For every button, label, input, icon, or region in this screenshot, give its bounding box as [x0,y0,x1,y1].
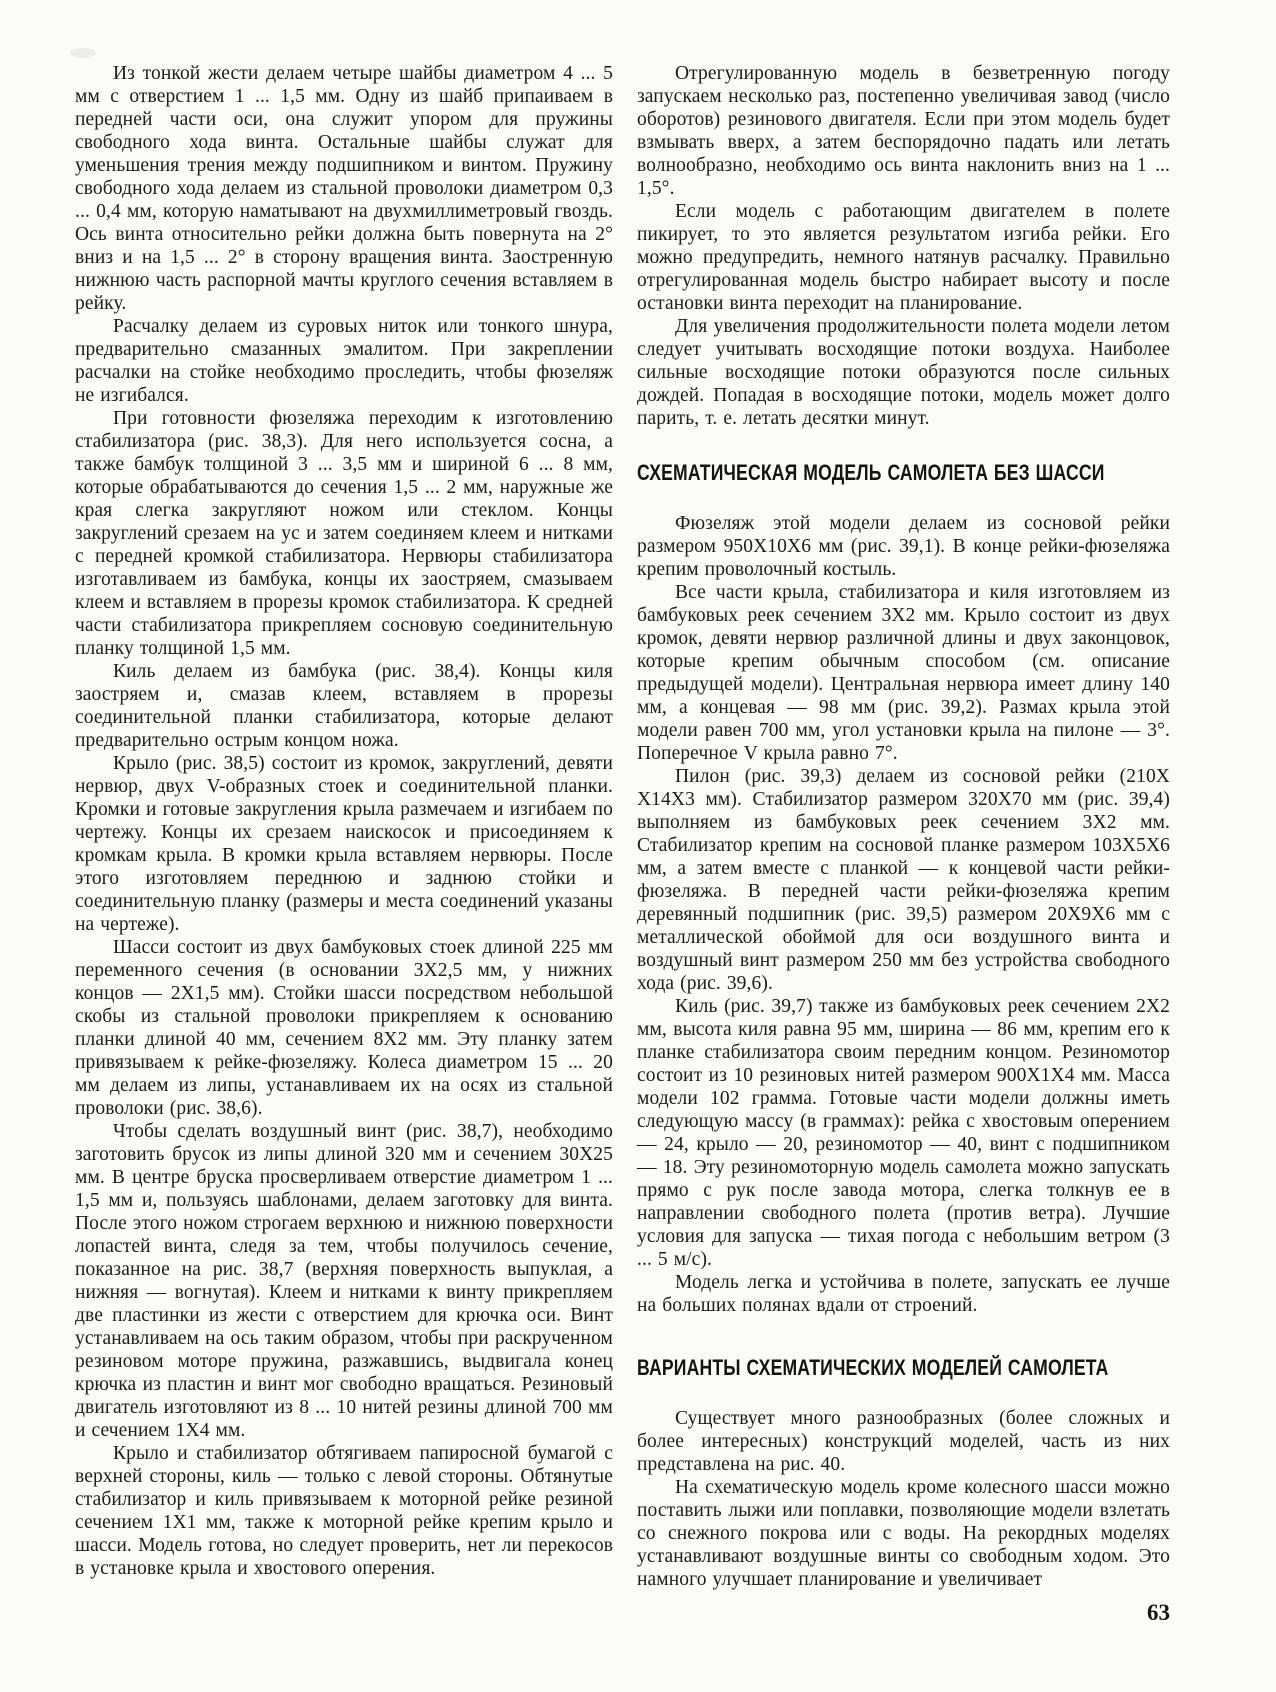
paragraph: Фюзеляж этой модели делаем из сосновой р… [637,512,1170,581]
paragraph: На схематическую модель кроме колесного … [637,1476,1170,1591]
paragraph: Расчалку делаем из суровых ниток или тон… [75,315,613,407]
paragraph: Для увеличения продолжительности полета … [637,315,1170,430]
paragraph: Пилон (рис. 39,3) делаем из сосновой рей… [637,765,1170,995]
page-number: 63 [637,1600,1170,1626]
paragraph: Отрегулированную модель в безветренную п… [637,62,1170,200]
paragraph: Если модель с работающим двигателем в по… [637,200,1170,315]
left-column: Из тонкой жести делаем четыре шайбы диам… [75,62,613,1580]
paragraph: Существует много разнообразных (более сл… [637,1407,1170,1476]
paragraph: Модель легка и устойчива в полете, запус… [637,1271,1170,1317]
section-heading: ВАРИАНТЫ СХЕМАТИЧЕСКИХ МОДЕЛЕЙ САМОЛЕТА [637,1355,1063,1381]
right-column: Отрегулированную модель в безветренную п… [637,62,1170,1591]
paragraph: Крыло (рис. 38,5) состоит из кромок, зак… [75,752,613,936]
paragraph: При готовности фюзеляжа переходим к изго… [75,407,613,660]
scan-smudge [70,48,96,58]
paragraph: Из тонкой жести делаем четыре шайбы диам… [75,62,613,315]
paragraph: Все части крыла, стабилизатора и киля из… [637,581,1170,765]
paragraph: Киль (рис. 39,7) также из бамбуковых рее… [637,995,1170,1271]
document-page: Из тонкой жести делаем четыре шайбы диам… [0,0,1276,1692]
paragraph: Киль делаем из бамбука (рис. 38,4). Конц… [75,660,613,752]
paragraph: Чтобы сделать воздушный винт (рис. 38,7)… [75,1120,613,1442]
paragraph: Шасси состоит из двух бамбуковых стоек д… [75,936,613,1120]
paragraph: Крыло и стабилизатор обтягиваем папиросн… [75,1442,613,1580]
section-heading: СХЕМАТИЧЕСКАЯ МОДЕЛЬ САМОЛЕТА БЕЗ ШАССИ [637,460,1063,486]
